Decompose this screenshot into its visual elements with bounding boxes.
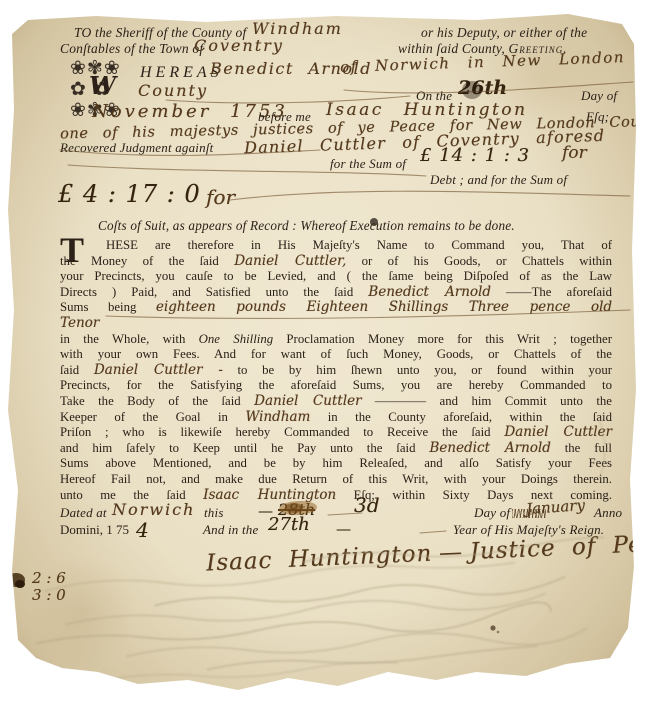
body-line: Precincts, for the Satisfying the aforeſ…: [60, 378, 612, 394]
fee-line: 2 : 6: [32, 570, 66, 587]
day-of-text: Day of: [581, 88, 617, 104]
body-line: ſaid Daniel Cuttler - to be by him ſhewn…: [60, 363, 612, 379]
body-text: Take the Body of the ſaid: [60, 394, 254, 408]
recovered-judgment-text: Recovered Judgment againſt: [60, 140, 213, 156]
body-line: the Money of the ſaid Daniel Cuttler, or…: [60, 254, 612, 270]
handwritten-place-norwich: Norwich: [112, 500, 195, 519]
body-line: and him ſafely to Keep until he Pay unto…: [60, 441, 612, 457]
signature-isaac-huntington: Isaac Huntington — Justice of Peace: [206, 530, 645, 577]
body-line: in the Whole, with One Shilling Proclama…: [60, 332, 612, 348]
handwritten-residence: of Norwich in New London: [340, 48, 625, 76]
writ-body-paragraph: T HESE are therefore in His Majeſty's Na…: [60, 238, 612, 503]
body-text: Sums being: [60, 300, 156, 314]
debt-line: Debt ; and for the Sum of: [430, 172, 567, 188]
handwritten-for: for: [206, 185, 235, 209]
handwritten-for: for: [562, 143, 587, 163]
margin-fee-note: 2 : 6 3 : 0: [32, 570, 66, 604]
body-text: Hereof Fail not, and make due Return of …: [60, 472, 612, 486]
initial-letter-w: W: [89, 71, 116, 100]
handwritten-town-coventry: Coventry: [194, 36, 284, 55]
body-line: Take the Body of the ſaid Daniel Cuttler…: [60, 394, 612, 410]
dash-mark: —: [336, 520, 351, 538]
body-text: in the County aforeſaid, within the ſaid: [310, 410, 612, 424]
body-text: the Money of the ſaid: [60, 254, 234, 268]
this-text: this: [204, 505, 224, 521]
domini-text: Domini, 1 75: [60, 522, 129, 538]
body-text: Proclamation Money more for this Writ ; …: [273, 332, 612, 346]
body-line: your Precincts, you cauſe to be Levied, …: [60, 269, 612, 285]
dated-at-text: Dated at: [60, 505, 107, 521]
handwritten-defendant-name: Daniel Cuttler,: [234, 253, 346, 269]
handwritten-tenor: Tenor: [60, 315, 99, 331]
body-text: HESE are therefore in His Majeſty's Name…: [106, 238, 612, 252]
body-text: with your own Fees. And for want of ſuch…: [60, 347, 612, 361]
body-text: or of his Goods, or Chattels within: [346, 254, 612, 268]
body-line: with your own Fees. And for want of ſuch…: [60, 347, 612, 363]
body-line: Directs ) Paid, and Satisfied unto the ſ…: [60, 285, 612, 301]
body-text: Keeper of the Goal in: [60, 410, 245, 424]
drop-cap-t: T: [60, 235, 84, 265]
body-text: ſaid: [60, 363, 94, 377]
handwritten-day-number: 26th: [458, 77, 507, 99]
body-line: Hereof Fail not, and make due Return of …: [60, 472, 612, 488]
body-line: Tenor: [60, 316, 612, 332]
body-line: Priſon ; who is likewiſe hereby Commande…: [60, 425, 612, 441]
constables-line: Conſtables of the Town of: [60, 41, 203, 57]
body-line: Sums being eighteen pounds Eighteen Shil…: [60, 300, 612, 316]
handwritten-plaintiff-name: Benedict Arnold: [429, 440, 550, 456]
body-text: the full: [551, 441, 612, 455]
body-text: ——The aforeſaid: [491, 285, 612, 299]
body-line: Keeper of the Goal in Windham in the Cou…: [60, 410, 612, 426]
body-text-italic: One Shilling: [199, 332, 273, 346]
handwritten-corrected-day-3d: 3d: [354, 493, 380, 517]
document-paper: TO the Sheriff of the County of Windham …: [6, 10, 638, 694]
body-text: Priſon ; who is likewiſe hereby Commande…: [60, 425, 504, 439]
body-text: ———— and him Commit unto the: [361, 394, 612, 408]
costs-of-suit-line: Coſts of Suit, as appears of Record : Wh…: [98, 218, 515, 234]
body-text: Sums above Mentioned, and be by him Rele…: [60, 456, 612, 470]
and-in-the-text: And in the: [203, 522, 258, 538]
deputy-line: or his Deputy, or either of the: [421, 25, 587, 41]
body-text: Precincts, for the Satisfying the aforeſ…: [60, 378, 612, 392]
body-text: and him ſafely to Keep until he Pay unto…: [60, 441, 429, 455]
handwritten-gaol-town: Windham: [245, 409, 310, 425]
handwritten-county: County: [138, 81, 208, 100]
body-text: to be by him ſhewn unto you, or found wi…: [223, 363, 612, 377]
anno-text: Anno: [594, 505, 622, 521]
day-of-text: Day of: [474, 505, 510, 521]
handwritten-month-january: January: [525, 496, 585, 518]
signature-name: Isaac Huntington: [206, 541, 433, 577]
body-line: Sums above Mentioned, and be by him Rele…: [60, 456, 612, 472]
scanned-document-photo: TO the Sheriff of the County of Windham …: [0, 0, 645, 720]
handwritten-plaintiff-name: Benedict Arnold: [368, 284, 491, 300]
handwritten-reign-year: 27th: [268, 514, 310, 535]
handwritten-defendant-name: Daniel Cuttler: [254, 393, 361, 409]
body-text: your Precincts, you cauſe to be Levied, …: [60, 269, 612, 283]
handwritten-defendant-name: Daniel Cuttler -: [94, 362, 223, 378]
handwritten-costs-amount: £ 4 : 17 : 0: [58, 180, 201, 208]
body-line: HESE are therefore in His Majeſty's Name…: [60, 238, 612, 254]
handwritten-year-digit: 4: [136, 518, 149, 542]
handwritten-debt-amount: £ 14 : 1 : 3: [420, 145, 530, 166]
for-the-sum-text: for the Sum of: [330, 156, 406, 172]
fee-line: 3 : 0: [32, 587, 66, 604]
handwritten-defendant-name: Daniel Cuttler: [504, 424, 612, 440]
handwritten-justice-name: Isaac Huntington: [203, 487, 336, 503]
body-text: in the Whole, with: [60, 332, 199, 346]
body-text: Directs ) Paid, and Satisfied unto the ſ…: [60, 285, 368, 299]
handwritten-sum-words: eighteen pounds Eighteen Shillings Three…: [156, 299, 612, 315]
